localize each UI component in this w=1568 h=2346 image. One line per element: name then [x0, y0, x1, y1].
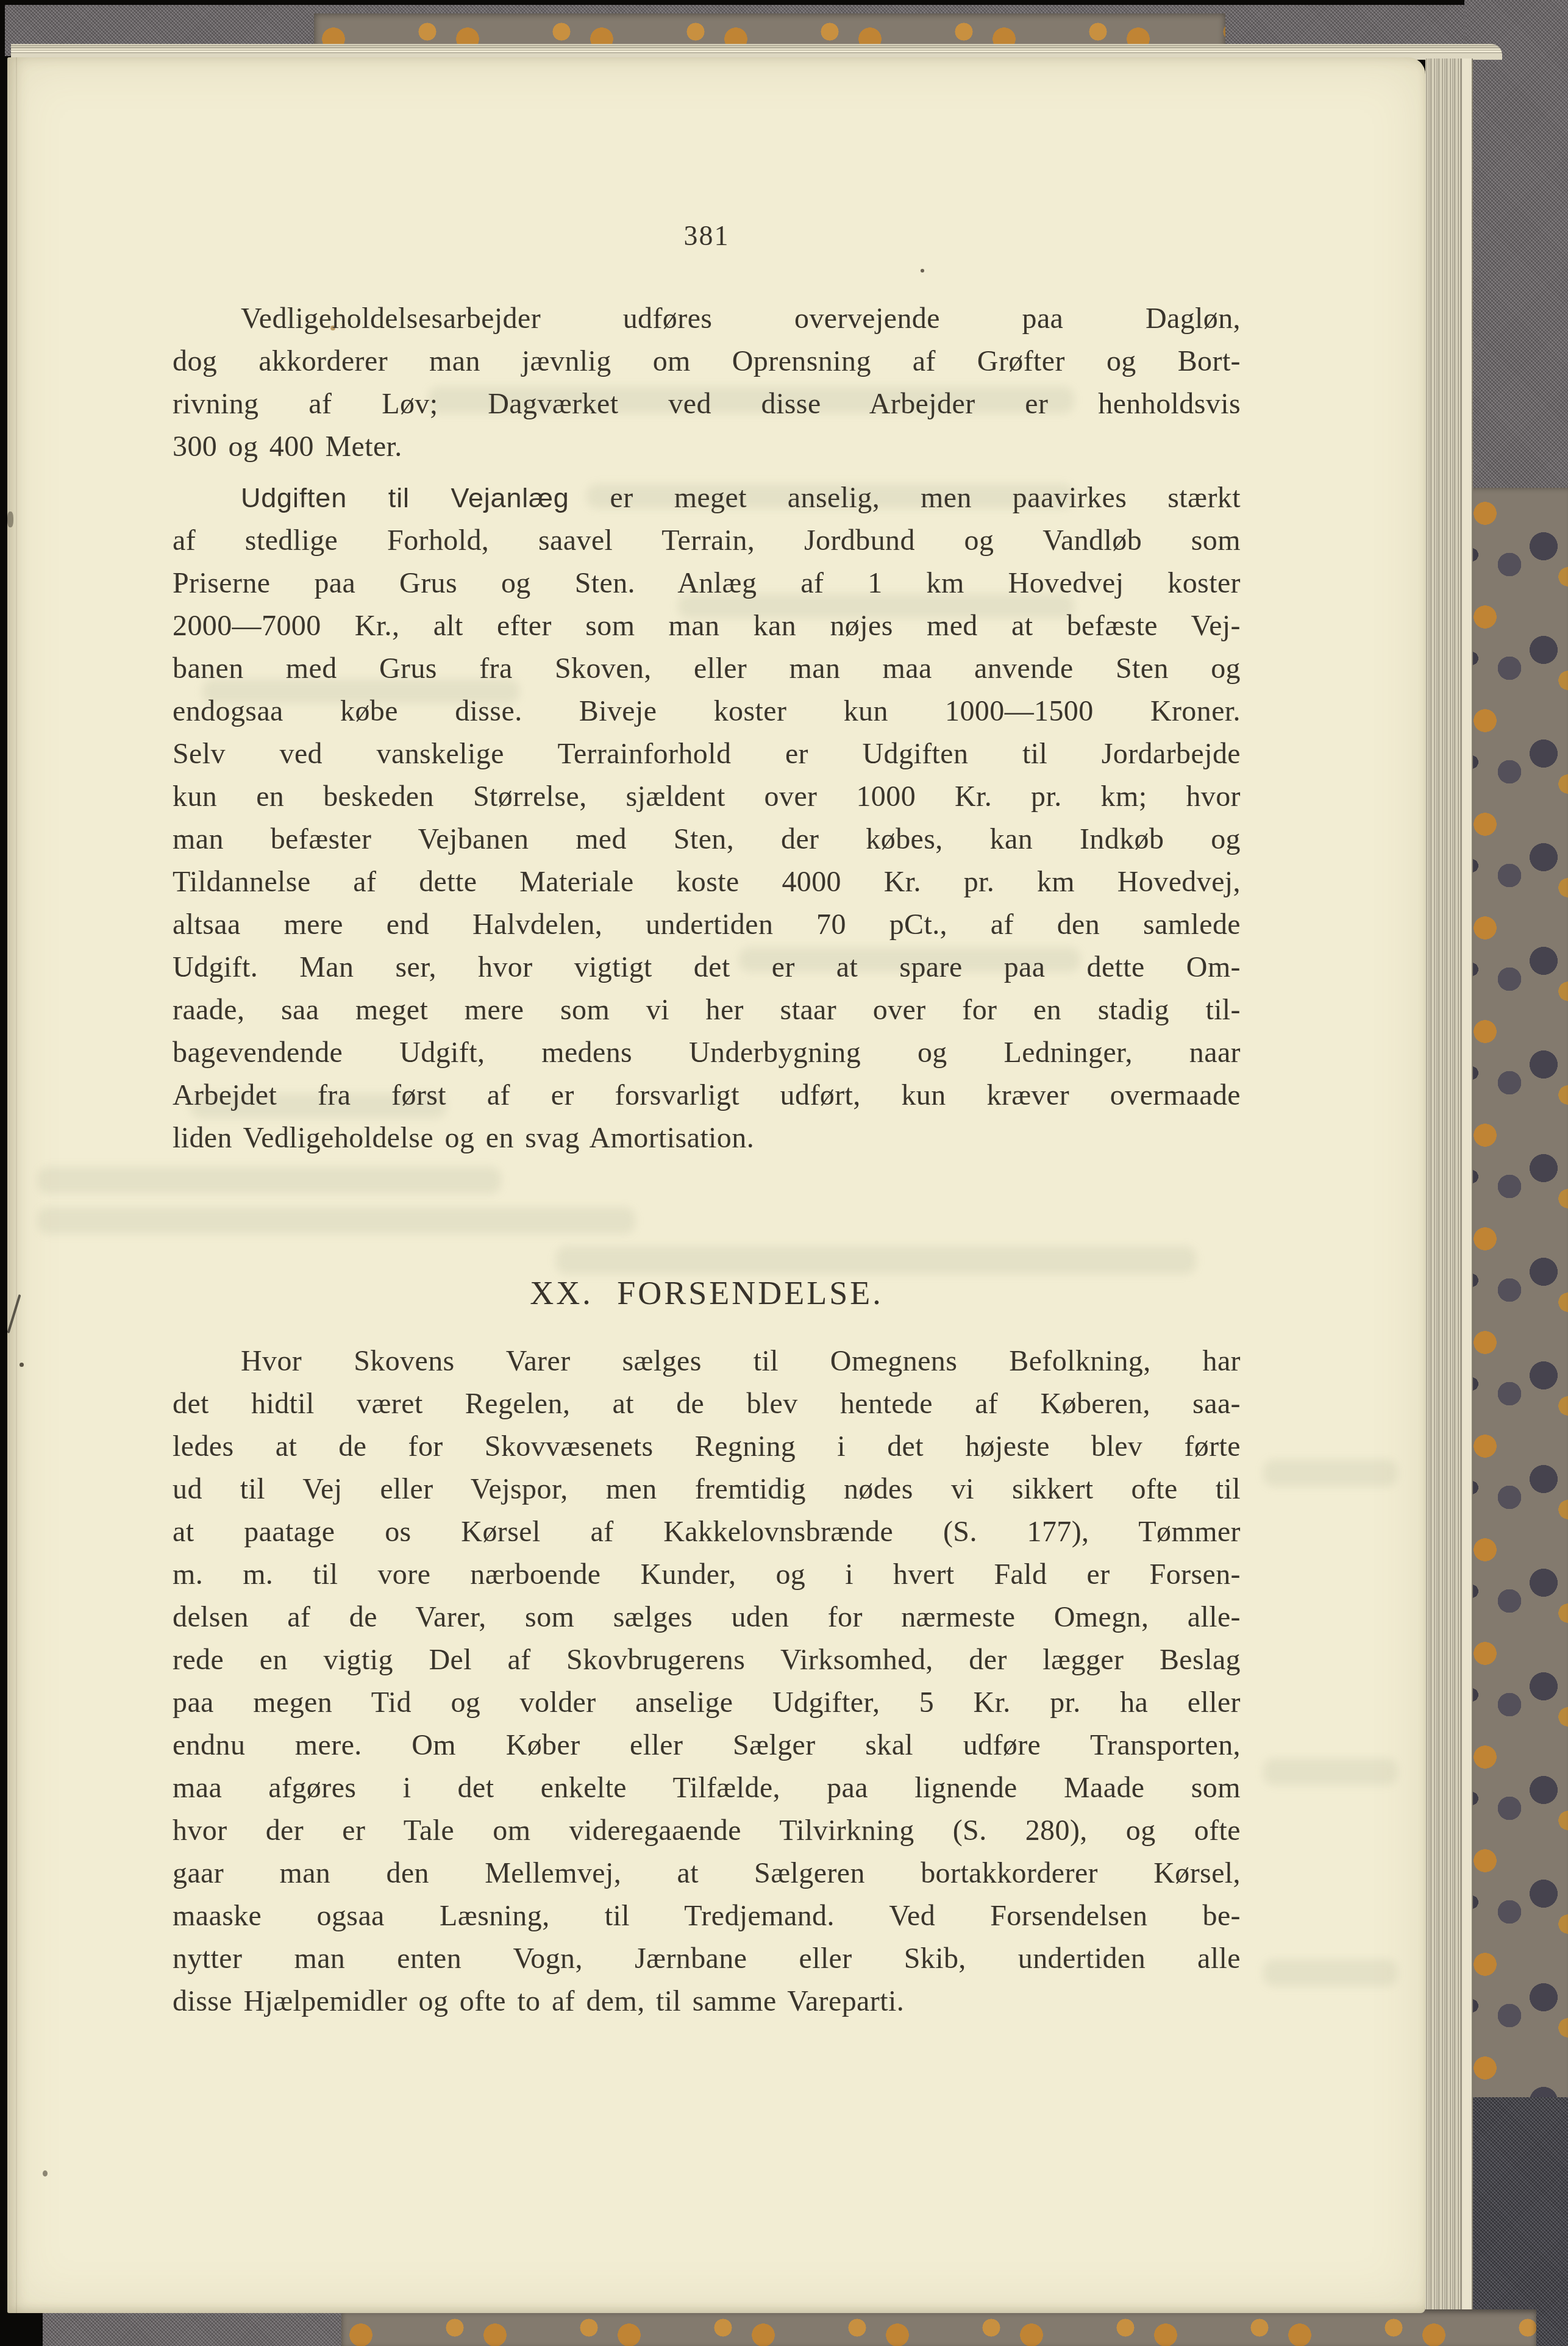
text-line: delsen af de Varer, som sælges uden for … — [173, 1596, 1241, 1639]
text-line: paa megen Tid og volder anselige Udgifte… — [173, 1681, 1241, 1724]
ink-speck — [43, 2170, 48, 2177]
text-line: ledes at de for Skovvæsenets Regning i d… — [173, 1425, 1241, 1468]
text-line: Tildannelse af dette Materiale koste 400… — [173, 861, 1241, 904]
text-line: maaske ogsaa Læsning, til Tredjemand. Ve… — [173, 1895, 1241, 1938]
paragraph-3: Hvor Skovens Varer sælges til Omegnens B… — [173, 1340, 1241, 2023]
text-line: dog akkorderer man jævnlig om Oprensning… — [173, 340, 1241, 383]
text-line: raade, saa meget mere som vi her staar o… — [173, 989, 1241, 1032]
text-line: det hidtil været Regelen, at de blev hen… — [173, 1383, 1241, 1425]
book-page: 381 Vedligeholdelsesarbejder udføres ove… — [7, 57, 1425, 2313]
book-cover-bottom-cloth — [43, 2309, 347, 2346]
text-line: endnu mere. Om Køber eller Sælger skal u… — [173, 1724, 1241, 1767]
paragraph-1: Vedligeholdelsesarbejder udføres overvej… — [173, 298, 1241, 468]
bleed-through — [38, 1207, 635, 1234]
marbled-paper-bottom — [341, 2309, 1536, 2346]
text-line: rivning af Løv; Dagværket ved disse Arbe… — [173, 383, 1241, 426]
edge-mark — [7, 512, 13, 527]
page-edge-pale-strip — [1461, 59, 1473, 2309]
emphasized-text: Udgiften til Vejanlæg — [241, 482, 569, 513]
text-line: Arbejdet fra først af er forsvarligt udf… — [173, 1074, 1241, 1117]
text-line: Udgift. Man ser, hvor vigtigt det er at … — [173, 946, 1241, 989]
bleed-through — [38, 1167, 501, 1194]
text-line: Selv ved vanskelige Terrainforhold er Ud… — [173, 733, 1241, 775]
text-line: 2000—7000 Kr., alt efter som man kan nøj… — [173, 605, 1241, 647]
book-photo: { "page": { "number": "381", "heading": … — [0, 0, 1568, 2346]
text-line: rede en vigtig Del af Skovbrugerens Virk… — [173, 1639, 1241, 1681]
page-edges-right — [1425, 59, 1461, 2309]
section-heading: XX. FORSENDELSE. — [173, 1274, 1241, 1312]
text-line: Hvor Skovens Varer sælges til Omegnens B… — [173, 1340, 1241, 1383]
text-line: disse Hjælpemidler og ofte to af dem, ti… — [173, 1980, 1241, 2023]
text-line: af stedlige Forhold, saavel Terrain, Jor… — [173, 519, 1241, 562]
text-line: nytter man enten Vogn, Jærnbane eller Sk… — [173, 1938, 1241, 1980]
text-line: maa afgøres i det enkelte Tilfælde, paa … — [173, 1767, 1241, 1809]
text-line: ud til Vej eller Vejspor, men fremtidig … — [173, 1468, 1241, 1511]
text-line: m. m. til vore nærboende Kunder, og i hv… — [173, 1553, 1241, 1596]
text-line: Priserne paa Grus og Sten. Anlæg af 1 km… — [173, 562, 1241, 605]
text-line: 300 og 400 Meter. — [173, 426, 1241, 468]
page-number: 381 — [173, 219, 1241, 252]
text-line: man befæster Vejbanen med Sten, der købe… — [173, 818, 1241, 861]
cloth-corner-top-right — [1464, 0, 1568, 500]
text-line: Udgiften til Vejanlæg er meget anselig, … — [173, 477, 1241, 519]
text-line: at paatage os Kørsel af Kakkelovnsbrænde… — [173, 1511, 1241, 1553]
text-line: hvor der er Tale om videregaaende Tilvir… — [173, 1809, 1241, 1852]
gutter-crease — [16, 57, 17, 2313]
marbled-paper-right — [1466, 488, 1568, 2122]
ink-speck — [921, 269, 924, 273]
text-line: liden Vedligeholdelse og en svag Amortis… — [173, 1117, 1241, 1160]
text-line: gaar man den Mellemvej, at Sælgeren bort… — [173, 1852, 1241, 1895]
paragraph-2: Udgiften til Vejanlæg er meget anselig, … — [173, 477, 1241, 1160]
bleed-through — [1263, 1959, 1397, 1986]
text-line: endogsaa købe disse. Biveje koster kun 1… — [173, 690, 1241, 733]
text-line: bagevendende Udgift, medens Underbygning… — [173, 1032, 1241, 1074]
text-line: banen med Grus fra Skoven, eller man maa… — [173, 647, 1241, 690]
bleed-through — [1263, 1758, 1397, 1785]
text-line: altsaa mere end Halvdelen, undertiden 70… — [173, 904, 1241, 946]
text-line: Vedligeholdelsesarbejder udføres overvej… — [173, 298, 1241, 340]
pen-mark — [7, 1294, 21, 1333]
bleed-through — [556, 1246, 1196, 1274]
text-line: kun en beskeden Størrelse, sjældent over… — [173, 775, 1241, 818]
ink-speck — [20, 1363, 24, 1367]
bleed-through — [1263, 1460, 1397, 1486]
